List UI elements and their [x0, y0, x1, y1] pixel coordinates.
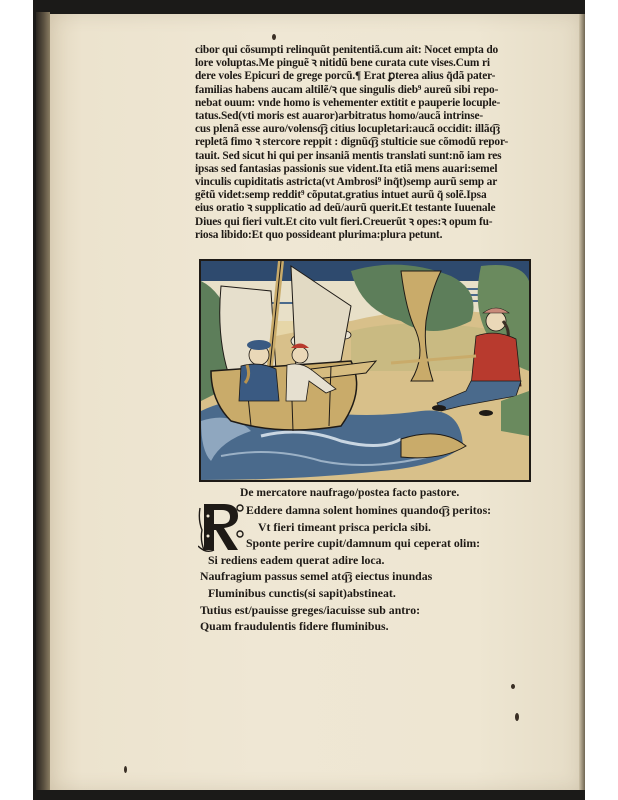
- text-line: riosa libido:Et quo possideant plurima:p…: [195, 229, 531, 242]
- text-line: lore voluptas.Me pinguẽ ꝛ nitidũ bene cu…: [195, 57, 531, 70]
- text-line: tauit. Sed sicut hi qui per insaniã ment…: [195, 150, 531, 163]
- text-line: familias habens aucam altilẽ/ꝛ que singu…: [195, 84, 531, 97]
- verse-line: Sponte perire cupit/damnum qui ceperat o…: [200, 535, 530, 552]
- woodcut-caption: De mercatore naufrago/postea facto pasto…: [240, 486, 459, 499]
- text-line: eius oratio ꝛ supplicatio ad deũ/aurũ qu…: [195, 202, 531, 215]
- ink-speck-top: [272, 34, 276, 40]
- text-line: dere voles Epicuri de grege porcũ.¶ Erat…: [195, 70, 531, 83]
- text-line: nebat ouum: vnde homo is vehementer exti…: [195, 97, 531, 110]
- woodcut-scene: [201, 261, 529, 480]
- text-line: vinculis cupiditatis astricta(vt Ambrosi…: [195, 176, 531, 189]
- woodcut-illustration: [199, 259, 531, 482]
- verse-line: Si rediens eadem querat adire loca.: [200, 552, 530, 569]
- text-line: gẽtũ videt:semp reddit⁹ cõputat.gratius …: [195, 189, 531, 202]
- page-gutter-edge: [36, 12, 50, 790]
- verse-line: Naufragium passus semel atq͡ȝ eiectus in…: [200, 568, 530, 585]
- verse-line: Eddere damna solent homines quandoq͡ȝ pe…: [200, 502, 530, 519]
- verse-line: Quam fraudulentis fidere fluminibus.: [200, 618, 530, 635]
- text-line: repletã fimo ꝛ stercore reppit : dignũq͡…: [195, 136, 531, 149]
- ink-speck-bottom-right-1: [511, 684, 515, 689]
- verse-line: Tutius est/pauisse greges/iacuisse sub a…: [200, 602, 530, 619]
- text-line: ipsas sed fantasias passionis sue vident…: [195, 163, 531, 176]
- text-line: tatus.Sed(vti moris est auaror)arbitratu…: [195, 110, 531, 123]
- verse-block: Eddere damna solent homines quandoq͡ȝ pe…: [200, 502, 530, 635]
- ink-speck-bottom-right-2: [515, 713, 519, 721]
- ink-speck-bottom-left: [124, 766, 127, 773]
- verse-line: Vt fieri timeant prisca pericla sibi.: [200, 519, 530, 536]
- page-fore-edge: [579, 14, 585, 790]
- verse-line: Fluminibus cunctis(si sapit)abstineat.: [200, 585, 530, 602]
- body-text: cibor qui cõsumpti relinquũt penitentiã.…: [195, 44, 531, 242]
- text-line: cus plenã esse auro/volensq͡ȝ citius loc…: [195, 123, 531, 136]
- text-line: cibor qui cõsumpti relinquũt penitentiã.…: [195, 44, 531, 57]
- text-line: Diues qui fieri vult.Et cito vult fieri.…: [195, 216, 531, 229]
